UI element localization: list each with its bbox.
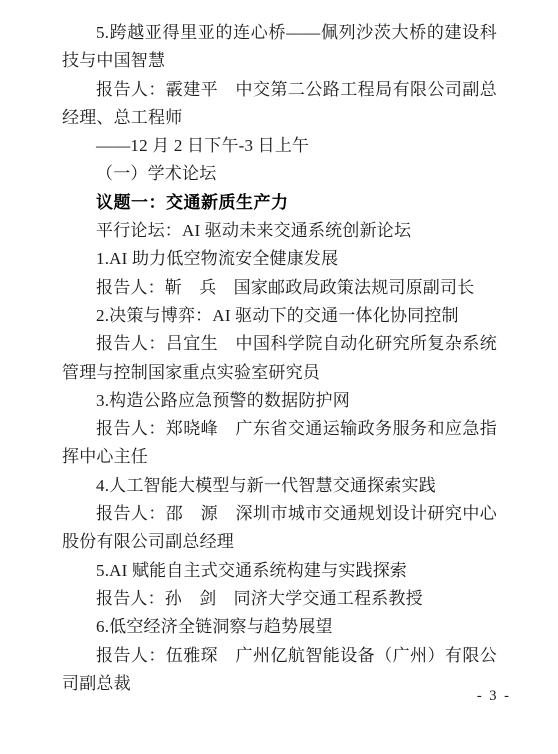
document-body: 5.跨越亚得里亚的连心桥——佩列沙茨大桥的建设科技与中国智慧 报告人：霰建平 中… <box>62 19 497 698</box>
speaker-line: 报告人：吕宜生 中国科学院自动化研究所复杂系统管理与控制国家重点实验室研究员 <box>62 330 497 387</box>
agenda-item-title: 3.构造公路应急预警的数据防护网 <box>62 387 497 415</box>
agenda-item-title: 2.决策与博弈：AI 驱动下的交通一体化协同控制 <box>62 302 497 330</box>
speaker-line: 报告人：郑晓峰 广东省交通运输政务服务和应急指挥中心主任 <box>62 415 497 472</box>
section-heading: （一）学术论坛 <box>62 160 497 188</box>
speaker-line: 报告人：伍雅琛 广州亿航智能设备（广州）有限公司副总裁 <box>62 642 497 699</box>
speaker-line: 报告人：靳 兵 国家邮政局政策法规司原副司长 <box>62 274 497 302</box>
speaker-line: 报告人：邵 源 深圳市城市交通规划设计研究中心股份有限公司副总经理 <box>62 500 497 557</box>
document-page: 5.跨越亚得里亚的连心桥——佩列沙茨大桥的建设科技与中国智慧 报告人：霰建平 中… <box>0 0 558 754</box>
topic-heading: 议题一：交通新质生产力 <box>62 189 497 217</box>
agenda-item-title: 5.AI 赋能自主式交通系统构建与实践探索 <box>62 557 497 585</box>
speaker-line: 报告人：霰建平 中交第二公路工程局有限公司副总经理、总工程师 <box>62 76 497 133</box>
agenda-item-title: 1.AI 助力低空物流安全健康发展 <box>62 245 497 273</box>
speaker-line: 报告人：孙 剑 同济大学交通工程系教授 <box>62 585 497 613</box>
agenda-item-title: 6.低空经济全链洞察与趋势展望 <box>62 613 497 641</box>
page-number: - 3 - <box>477 688 511 705</box>
forum-title: 平行论坛：AI 驱动未来交通系统创新论坛 <box>62 217 497 245</box>
agenda-item-title: 5.跨越亚得里亚的连心桥——佩列沙茨大桥的建设科技与中国智慧 <box>62 19 497 76</box>
session-date: ——12 月 2 日下午-3 日上午 <box>62 132 497 160</box>
agenda-item-title: 4.人工智能大模型与新一代智慧交通探索实践 <box>62 472 497 500</box>
